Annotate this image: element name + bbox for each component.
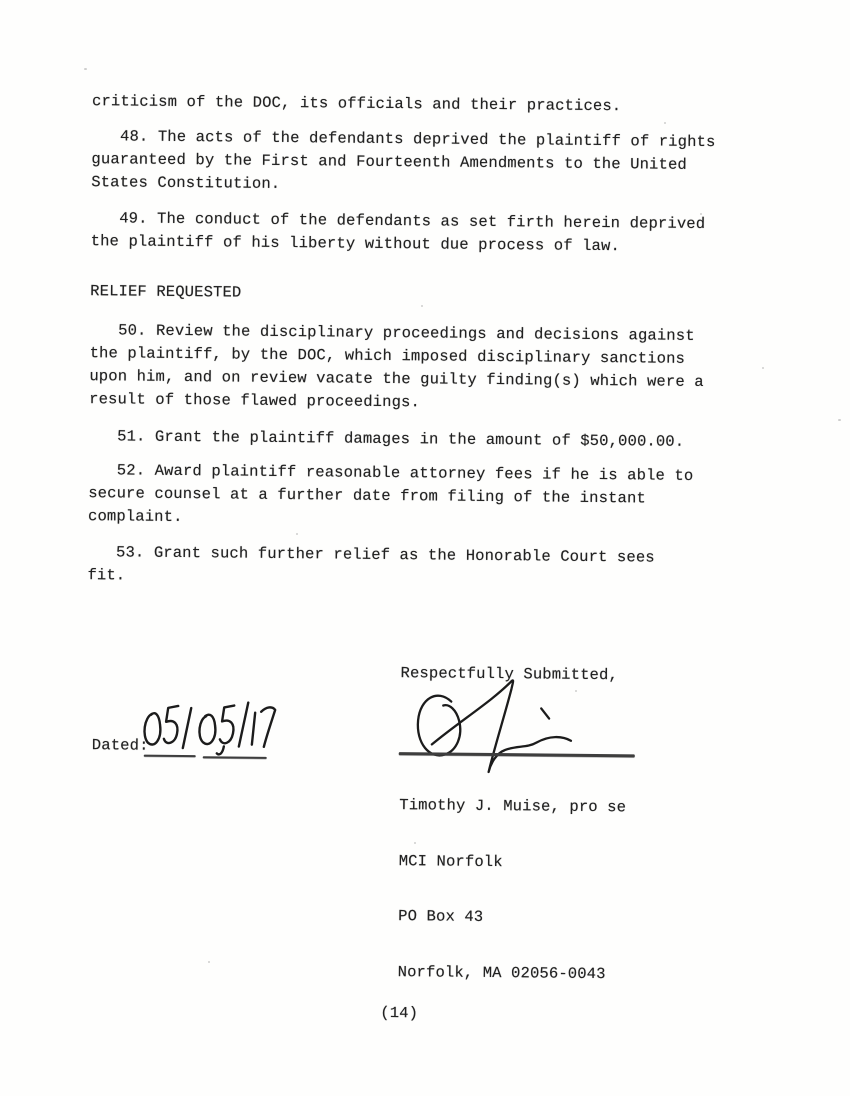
- scan-speck: [421, 305, 423, 307]
- address-line-2: PO Box 43: [398, 907, 625, 928]
- scan-speck: [575, 690, 577, 692]
- document-content: criticism of the DOC, its officials and …: [0, 0, 850, 1096]
- continuation-line: criticism of the DOC, its officials and …: [92, 90, 621, 118]
- paragraph-50: 50. Review the disciplinary proceedings …: [89, 319, 704, 417]
- scan-speck: [296, 533, 298, 535]
- address-line-1: MCI Norfolk: [399, 852, 626, 873]
- scan-speck: [84, 68, 87, 70]
- scanned-document-page: criticism of the DOC, its officials and …: [0, 0, 850, 1096]
- address-line-3: Norfolk, MA 02056-0043: [398, 963, 625, 984]
- signer-name: Timothy J. Muise, pro se: [399, 796, 626, 817]
- paragraph-48: 48. The acts of the defendants deprived …: [91, 125, 715, 200]
- paragraph-52: 52. Award plaintiff reasonable attorney …: [88, 459, 694, 534]
- scan-speck: [208, 961, 210, 963]
- paragraph-49: 49. The conduct of the defendants as set…: [91, 207, 706, 259]
- date-underline-2: [203, 756, 267, 759]
- scan-speck: [414, 842, 416, 844]
- paragraph-51: 51. Grant the plaintiff damages in the a…: [89, 425, 685, 454]
- scan-speck: [838, 419, 841, 421]
- page-number: (14): [380, 1002, 418, 1025]
- signature-block: Timothy J. Muise, pro se MCI Norfolk PO …: [397, 759, 626, 1020]
- handwritten-date: [138, 698, 279, 759]
- relief-requested-heading: RELIEF REQUESTED: [90, 280, 241, 304]
- paragraph-53: 53. Grant such further relief as the Hon…: [87, 541, 655, 592]
- scan-speck: [762, 367, 764, 369]
- scan-speck: [664, 122, 666, 124]
- scan-speck: [700, 213, 702, 215]
